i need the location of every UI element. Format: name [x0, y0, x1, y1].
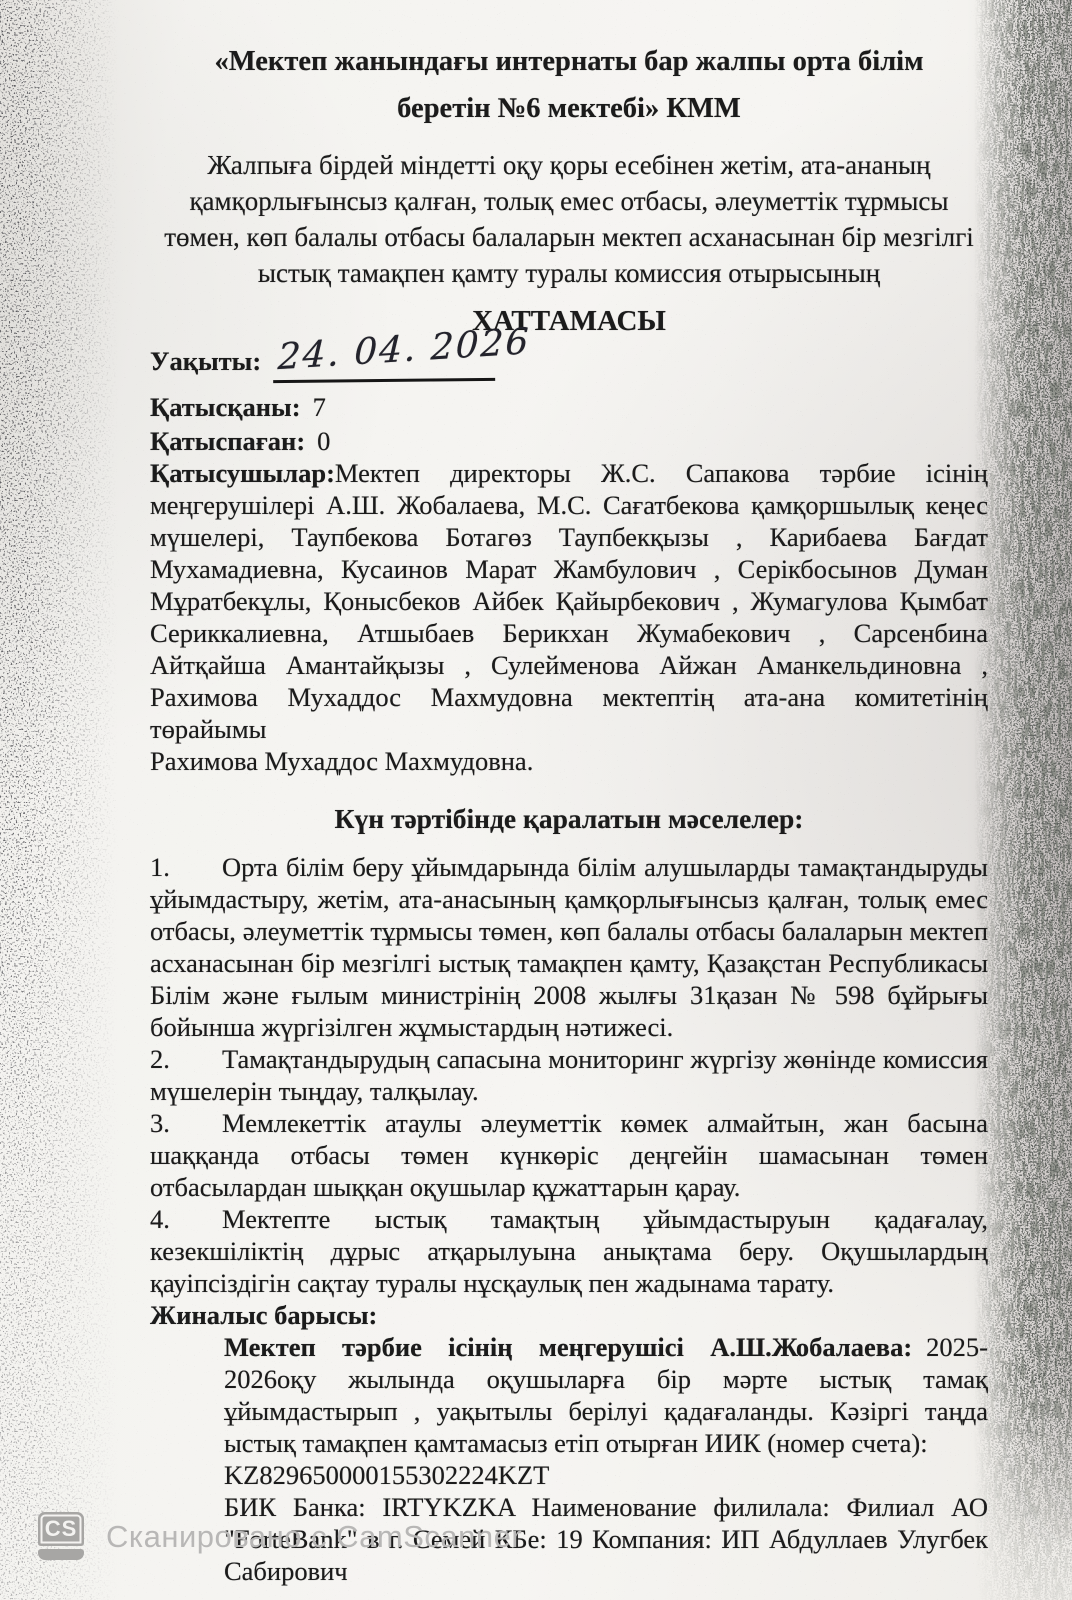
- camscanner-text: Сканировано с CamScanner: [106, 1519, 522, 1555]
- document-subject: Жалпыға бірдей міндетті оқу қоры есебіне…: [150, 147, 988, 291]
- field-absent: Қатыспаған:0: [150, 425, 988, 457]
- participants-text: Мектеп директоры Ж.С. Сапакова тәрбие іс…: [150, 458, 988, 744]
- agenda-item-1-text: Орта білім беру ұйымдарында білім алушыл…: [150, 852, 988, 1042]
- speech-speaker: Мектеп тәрбие ісінің меңгерушісі А.Ш.Жоб…: [224, 1332, 912, 1362]
- attended-label: Қатысқаны:: [150, 392, 301, 422]
- camscanner-icon-bar: [38, 1549, 84, 1560]
- attended-value: 7: [313, 392, 326, 422]
- agenda-item-4-number: 4.: [150, 1203, 222, 1235]
- camscanner-icon: CS: [38, 1512, 84, 1562]
- time-label: Уақыты:: [150, 346, 261, 376]
- agenda-item-2: 2.Тамақтандырудың сапасына мониторинг жү…: [150, 1043, 988, 1107]
- absent-value: 0: [317, 426, 330, 456]
- participants-tail: Рахимова Мухаддос Махмудовна.: [150, 745, 988, 777]
- agenda-item-2-number: 2.: [150, 1043, 222, 1075]
- camscanner-watermark: CS Сканировано с CamScanner: [38, 1512, 522, 1562]
- camscanner-icon-letters: CS: [38, 1512, 84, 1546]
- scan-noise-left: [0, 0, 118, 1600]
- agenda-item-1: 1.Орта білім беру ұйымдарында білім алуш…: [150, 851, 988, 1043]
- document-content: «Мектеп жанындағы интернаты бар жалпы ор…: [150, 38, 988, 1587]
- agenda-heading: Күн тәртібінде қаралатын мәселелер:: [150, 803, 988, 835]
- agenda-item-4-text: Мектепте ыстық тамақтың ұйымдастыруын қа…: [150, 1204, 988, 1298]
- speech-paragraph: Мектеп тәрбие ісінің меңгерушісі А.Ш.Жоб…: [224, 1331, 988, 1459]
- agenda-item-3: 3.Мемлекеттік атаулы әлеуметтік көмек ал…: [150, 1107, 988, 1203]
- account-number: KZ829650000155302224KZT: [224, 1459, 988, 1491]
- scanned-document-page: «Мектеп жанындағы интернаты бар жалпы ор…: [0, 0, 1072, 1600]
- agenda-item-3-number: 3.: [150, 1107, 222, 1139]
- protocol-heading: ХАТТАМАСЫ: [150, 305, 988, 337]
- agenda-item-2-text: Тамақтандырудың сапасына мониторинг жүрг…: [150, 1044, 988, 1106]
- agenda-item-1-number: 1.: [150, 851, 222, 883]
- document-title: «Мектеп жанындағы интернаты бар жалпы ор…: [150, 38, 988, 132]
- agenda-item-4: 4.Мектепте ыстық тамақтың ұйымдастыруын …: [150, 1203, 988, 1299]
- field-time: Уақыты:24. 04. 2026: [150, 343, 988, 389]
- participants-label: Қатысушылар:: [150, 458, 335, 488]
- field-attended: Қатысқаны:7: [150, 391, 988, 423]
- handwritten-date-underline: 24. 04. 2026: [273, 344, 495, 383]
- participants-paragraph: Қатысушылар:Мектеп директоры Ж.С. Сапако…: [150, 457, 988, 745]
- proceedings-heading: Жиналыс барысы:: [150, 1299, 988, 1331]
- absent-label: Қатыспаған:: [150, 426, 305, 456]
- agenda-item-3-text: Мемлекеттік атаулы әлеуметтік көмек алма…: [150, 1108, 988, 1202]
